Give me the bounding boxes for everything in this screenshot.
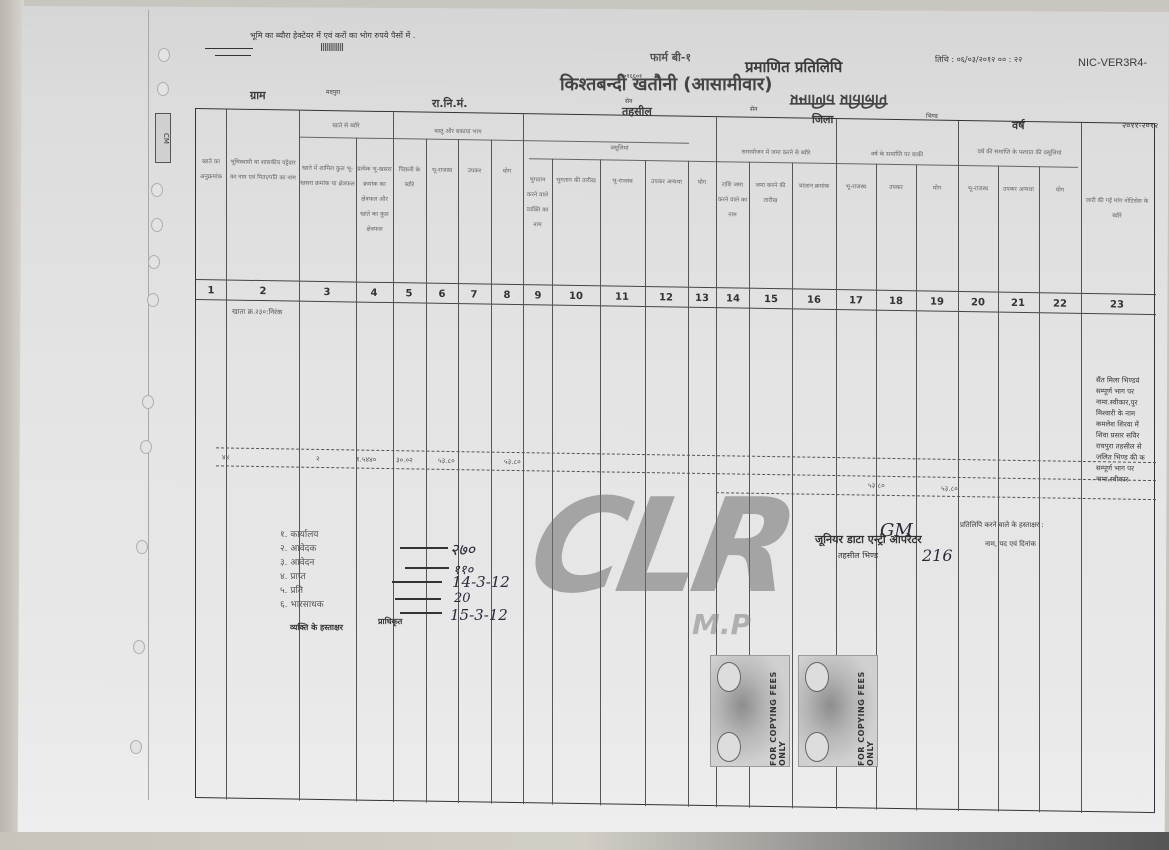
fill-line <box>400 547 448 549</box>
operator-number: 216 <box>922 546 953 565</box>
punch-hole <box>157 82 169 96</box>
group-header: समायोजन में जमा करने से ब्यौरे <box>716 147 836 157</box>
group-rule <box>299 137 689 144</box>
column-number: 20 <box>963 297 993 308</box>
fee-item-label: २. आवेदक <box>280 542 324 556</box>
khatauni-table: खाते से ब्यौरे वस्तु और बकाया भाग वसूलिय… <box>195 108 1155 813</box>
group-rule <box>718 161 1078 168</box>
column-header: उपकर अन्यथा <box>999 182 1038 198</box>
column-number: 15 <box>756 294 786 305</box>
fee-item-label: ३. आवेदन <box>280 556 324 570</box>
top-dash <box>205 48 253 49</box>
court-fee-stamp: FOR COPYING FEES ONLY <box>710 655 790 767</box>
punch-hole <box>147 293 159 307</box>
column-header: योग <box>917 180 957 196</box>
copy-signature-label: प्रतिलिपि करने वाले के हस्ताक्षर : <box>960 521 1044 530</box>
stamp-oval <box>717 732 741 762</box>
total-cell: ५३.८० <box>504 458 521 467</box>
group-header: वर्ष की समाप्ति के पश्चात की वसूलियां <box>958 147 1081 157</box>
column-number: 21 <box>1003 298 1033 309</box>
column-number: 9 <box>523 290 553 301</box>
punch-hole <box>142 395 154 409</box>
fee-item-label: ५. प्रति <box>280 584 324 598</box>
barcode: |||||||||||| <box>320 42 343 51</box>
total-cell: ५३.८० <box>941 485 958 494</box>
group-header: वस्तु और बकाया भाग <box>393 126 523 136</box>
rani-label: रा.नि.मं. <box>432 96 467 111</box>
col-rule <box>958 121 959 811</box>
top-note: भूमि का ब्यौरा हेक्टेयर में एवं करों का … <box>250 30 415 41</box>
group-header: वसूलियां <box>523 142 716 153</box>
punch-hole <box>151 218 163 232</box>
operator-office: तहसील भिण्ड <box>838 550 878 561</box>
fee-item-label: ६. भारसाधक <box>280 598 324 612</box>
column-header: जारी की गई मांग नोटिसेस के ब्यौरे <box>1082 193 1152 224</box>
column-header: भू-राजस्व <box>601 173 644 189</box>
column-header: भुगतान करने वाले व्यक्ति का नाम <box>524 172 551 232</box>
column-header: खाते का अनुक्रमांक <box>196 154 226 184</box>
punch-hole <box>140 440 152 454</box>
gram-value: मदपुरा <box>326 88 340 96</box>
col-rule <box>393 112 394 802</box>
column-number: 19 <box>922 296 952 307</box>
column-header: योग <box>492 164 522 179</box>
column-number: 2 <box>248 286 278 297</box>
column-header: भुगतान की तारीख <box>553 173 599 189</box>
col-rule <box>299 111 300 801</box>
column-number: 6 <box>427 289 457 300</box>
punch-hole <box>151 183 163 197</box>
column-header: भू-राजस्व <box>837 179 875 195</box>
stamp-oval <box>805 662 829 692</box>
stamp-oval <box>805 732 829 762</box>
fee-value-handwritten: 15-3-12 <box>450 606 508 624</box>
fill-line <box>405 567 449 569</box>
top-dash <box>215 55 251 56</box>
column-number: 18 <box>881 296 911 307</box>
column-header: उपकर <box>459 163 490 178</box>
col-rule <box>356 138 357 802</box>
fee-item-label: ४. प्राप्त <box>280 570 324 584</box>
fill-line <box>392 581 442 583</box>
stamp-text: FOR COPYING FEES ONLY <box>857 662 875 766</box>
column-number: 22 <box>1045 298 1075 309</box>
column-header: पिछली के ब्यौरे <box>394 162 425 192</box>
column-number: 4 <box>359 288 389 299</box>
signature-label: व्यक्ति के हस्ताक्षर <box>290 622 343 633</box>
col-rule <box>426 139 427 803</box>
fee-item-label: १. कार्यालय <box>280 528 324 542</box>
clr-watermark: CLR <box>522 486 803 606</box>
column-number: 11 <box>607 291 637 302</box>
punch-hole <box>130 740 142 754</box>
mirrored-stamp: प्रमाणित प्रतिलिपि <box>790 90 887 110</box>
punch-hole <box>136 540 148 554</box>
column-header: भू-राजस्व <box>427 163 457 178</box>
column-header: खाते में शामिल कुल भू-खसरा क्रमांक या क्… <box>300 161 355 192</box>
group-header: वर्ष के समाप्ति पर बाकी <box>836 149 958 159</box>
document-title: किश्तबन्दी खतौनी (आसामीवार) <box>560 72 772 96</box>
column-header: चालान क्रमांक <box>793 178 835 194</box>
total-cell: ४४ <box>222 453 229 462</box>
form-label: फार्म बी-१ <box>650 50 691 65</box>
fee-value-handwritten: २७० <box>450 538 475 560</box>
mp-watermark: M.P <box>692 608 751 641</box>
remarks-cell: सैंत मिला भिण्डवं सम्पूर्ण भाग पर नामा.स… <box>1096 375 1156 486</box>
col-rule <box>458 139 459 803</box>
column-number: 5 <box>394 288 424 299</box>
gram-label: ग्राम <box>250 88 266 103</box>
total-cell: ५३.८० <box>438 457 455 466</box>
total-cell: ५३.८० <box>868 482 885 491</box>
date-label: तिथि : ०६/०३/२०१२ ०० : २२ <box>935 54 1022 65</box>
column-number: 8 <box>492 290 522 301</box>
total-cell: १.५४४० <box>356 456 376 465</box>
group-header: खाते से ब्यौरे <box>299 121 393 130</box>
col-rule <box>998 166 999 812</box>
column-number: 14 <box>718 293 748 304</box>
col-rule <box>1039 166 1040 812</box>
court-fee-stamp: FOR COPYING FEES ONLY <box>798 655 878 767</box>
total-cell: ३०.०२ <box>396 456 413 465</box>
column-number: 13 <box>687 293 717 304</box>
authorized-label: प्राधिकृत <box>378 616 402 627</box>
column-number: 1 <box>196 285 226 296</box>
column-header: राशि जमा करने वाले का नाम <box>717 177 748 222</box>
stamp-text: FOR COPYING FEES ONLY <box>769 662 787 766</box>
column-header: उपकर अन्यथा <box>646 174 687 190</box>
punch-hole <box>158 48 170 62</box>
column-header: भूमिस्वामी या शासकीय पट्टेदार का नाम एवं… <box>228 155 298 186</box>
khata-label: खाता क्र.२३०:निरंक <box>232 308 282 318</box>
version-label: NIC-VER3R4- <box>1078 57 1147 69</box>
fee-value-handwritten: 20 <box>454 591 471 606</box>
fee-list: १. कार्यालय २. आवेदक ३. आवेदन ४. प्राप्त… <box>280 528 324 612</box>
total-cell: २ <box>316 455 320 464</box>
col-rule <box>1081 123 1082 813</box>
column-number: 17 <box>841 295 871 306</box>
punch-hole <box>133 640 145 654</box>
column-number: 10 <box>561 291 591 302</box>
column-header: योग <box>1040 182 1080 198</box>
side-stub: CM <box>155 113 171 163</box>
column-number: 23 <box>1102 299 1132 310</box>
fill-line <box>400 612 442 614</box>
column-number: 12 <box>651 292 681 303</box>
column-number: 7 <box>459 289 489 300</box>
column-header: योग <box>689 175 715 190</box>
fill-line <box>395 598 441 600</box>
group-rule <box>529 158 719 162</box>
column-number: 16 <box>799 294 829 305</box>
operator-signature: GM <box>880 520 913 541</box>
col-rule <box>491 140 492 804</box>
sen-label: सेन <box>750 105 757 113</box>
column-number: 3 <box>312 287 342 298</box>
col-rule <box>916 164 917 810</box>
column-header: प्रत्येक भू-खसरा क्रमांक का क्षेत्रफल और… <box>357 162 392 238</box>
copy-name-label: नाम, पद एवं दिनांक : <box>985 540 1040 549</box>
fee-value-handwritten: 14-3-12 <box>452 573 510 591</box>
remark-line: नामा.स्वीकार <box>1096 474 1156 486</box>
punch-hole <box>148 255 160 269</box>
column-header: जमा करने की तारीख <box>750 178 791 209</box>
column-header: उपकर <box>877 180 915 196</box>
serial-number: प्र०१६६०१ <box>620 72 642 80</box>
scanner-bottom-edge <box>0 832 1169 850</box>
column-header: भू-राजस्व <box>959 181 997 197</box>
stamp-oval <box>717 662 741 692</box>
